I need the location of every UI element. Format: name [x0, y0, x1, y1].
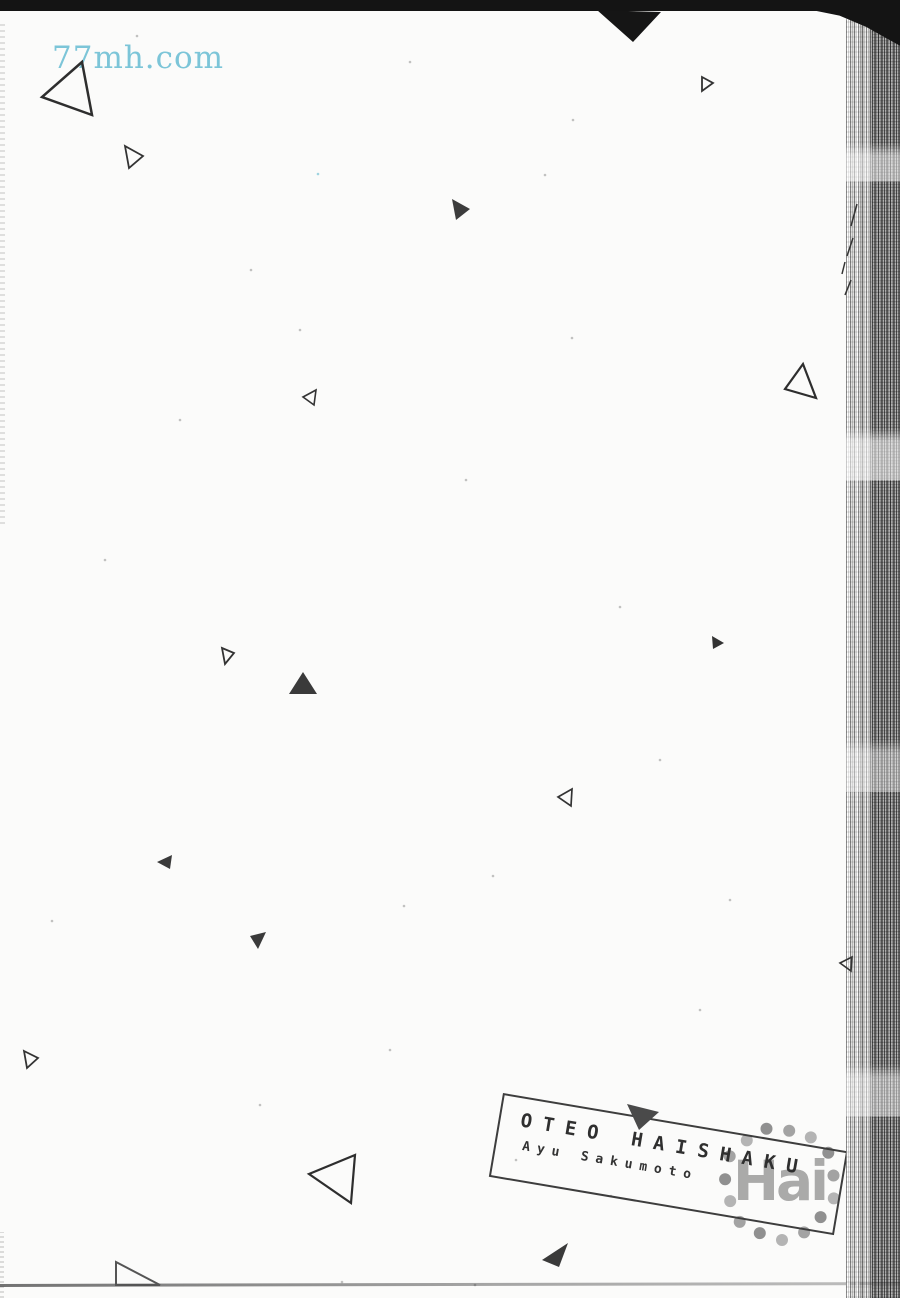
scan-bottom-edge — [0, 1282, 900, 1286]
scan-top-edge — [0, 0, 900, 11]
manga-page-scan: 77mh.com Hai OTEO HAISHAKU Ayu Sakumoto — [0, 0, 900, 1298]
title-stamp: OTEO HAISHAKU Ayu Sakumoto — [489, 1093, 848, 1235]
scan-left-edge-bottom — [0, 1232, 4, 1298]
site-watermark: 77mh.com — [52, 40, 224, 76]
triangle-decorations — [0, 0, 900, 1298]
scan-left-edge — [0, 24, 5, 524]
scan-right-page-edges — [846, 0, 900, 1298]
